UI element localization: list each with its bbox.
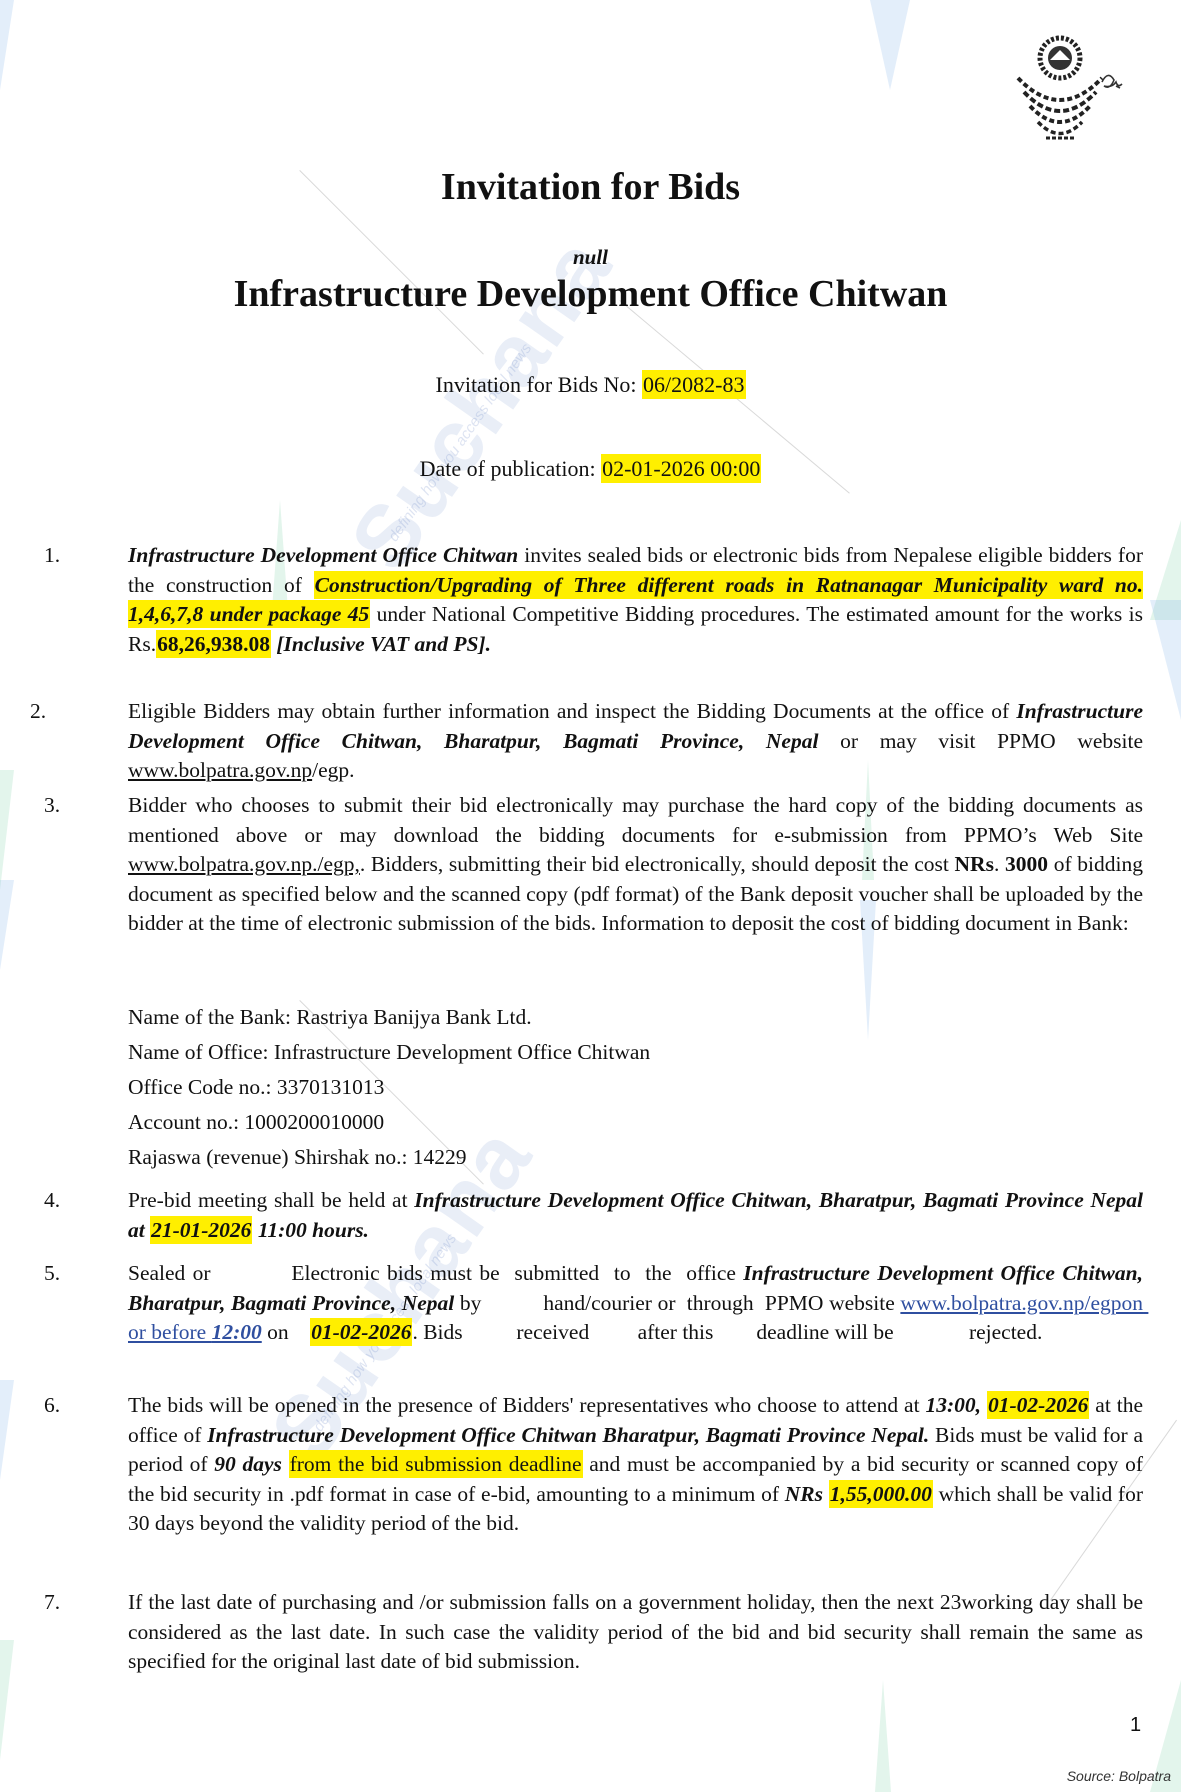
bank-name: Name of the Bank: Rastriya Banijya Bank … — [128, 1005, 532, 1030]
watermark-shard — [875, 1680, 891, 1792]
bank-office-code: Office Code no.: 3370131013 — [128, 1075, 384, 1100]
clause-number: 7. — [44, 1588, 60, 1618]
office-address: Infrastructure Development Office Chitwa… — [207, 1423, 929, 1447]
clause-body: Eligible Bidders may obtain further info… — [128, 697, 1143, 786]
validity-reference: from the bid submission deadline — [289, 1450, 583, 1478]
clause-text: or may visit PPMO website — [818, 729, 1143, 753]
clause-body: Bidder who chooses to submit their bid e… — [128, 791, 1143, 939]
document-title: Invitation for Bids — [0, 165, 1181, 209]
clause-text: . Bids received after this deadline will… — [412, 1320, 1042, 1344]
bank-account-number: Account no.: 1000200010000 — [128, 1110, 384, 1135]
clause-text: . Bidders, submitting their bid electron… — [360, 852, 955, 876]
clause-number: 1. — [44, 541, 60, 571]
watermark-shard — [0, 770, 14, 890]
source-credit: Source: Bolpatra — [1067, 1768, 1171, 1784]
clause-text: Pre-bid meeting shall be held at — [128, 1188, 414, 1212]
clause-number: 2. — [30, 697, 46, 727]
watermark-tagline: defining how you access local news — [385, 340, 535, 544]
clause-body: Infrastructure Development Office Chitwa… — [128, 541, 1143, 659]
clause-body: Sealed or Electronic bids must be submit… — [128, 1259, 1143, 1348]
prebid-date: 21-01-2026 — [150, 1216, 252, 1244]
clause-body: The bids will be opened in the presence … — [128, 1391, 1143, 1539]
watermark-shard — [870, 0, 910, 90]
submission-time[interactable]: 12:00 — [212, 1320, 262, 1344]
currency-label: NRs — [785, 1482, 823, 1506]
bank-revenue-head: Rajaswa (revenue) Shirshak no.: 14229 — [128, 1145, 467, 1170]
clause-number: 3. — [44, 791, 60, 821]
clause-text — [823, 1482, 829, 1506]
watermark-shard — [0, 1380, 14, 1480]
ifb-number: 06/2082-83 — [642, 370, 745, 399]
vat-note: [Inclusive VAT and PS]. — [276, 632, 491, 656]
publication-date-line: Date of publication: 02-01-2026 00:00 — [0, 456, 1181, 482]
currency-label: NRs — [955, 852, 994, 876]
bid-security-amount: 1,55,000.00 — [829, 1480, 933, 1508]
opening-date: 01-02-2026 — [987, 1391, 1089, 1419]
office-name: Infrastructure Development Office Chitwa… — [128, 543, 518, 567]
clause-text: If the last date of purchasing and /or s… — [128, 1590, 1143, 1673]
clause-text: The bids will be opened in the presence … — [128, 1393, 926, 1417]
page-number: 1 — [1130, 1714, 1141, 1737]
watermark-shard — [0, 880, 14, 970]
clause-number: 5. — [44, 1259, 60, 1289]
clause-number: 4. — [44, 1186, 60, 1216]
office-name-heading: Infrastructure Development Office Chitwa… — [0, 272, 1181, 316]
publication-date-label: Date of publication: — [420, 456, 601, 481]
clause-text: by hand/courier or through PPMO website — [454, 1291, 900, 1315]
clause-text: Eligible Bidders may obtain further info… — [128, 699, 1016, 723]
ifb-number-line: Invitation for Bids No: 06/2082-83 — [0, 372, 1181, 398]
seal-emblem-icon — [990, 30, 1140, 160]
submission-date: 01-02-2026 — [310, 1318, 412, 1346]
clause-text: on — [262, 1320, 310, 1344]
clause-body: If the last date of purchasing and /or s… — [128, 1588, 1143, 1677]
bank-office-name: Name of Office: Infrastructure Developme… — [128, 1040, 650, 1065]
bolpatra-egp-link[interactable]: www.bolpatra.gov.np./egp, — [128, 852, 360, 876]
watermark-shard — [0, 1640, 14, 1760]
clause-body: Pre-bid meeting shall be held at Infrast… — [128, 1186, 1143, 1245]
estimated-amount: 68,26,938.08 — [156, 630, 271, 658]
bolpatra-link[interactable]: www.bolpatra.gov.np — [128, 758, 312, 782]
clause-text: Bidder who chooses to submit their bid e… — [128, 793, 1143, 847]
clause-text — [282, 1452, 289, 1476]
watermark-shard — [0, 0, 14, 90]
watermark-shard — [1150, 520, 1181, 620]
watermark-shard — [1150, 600, 1181, 720]
ifb-number-label: Invitation for Bids No: — [436, 372, 643, 397]
clause-text: /egp. — [312, 758, 354, 782]
office-seal — [990, 30, 1140, 160]
prebid-time: 11:00 hours. — [252, 1218, 369, 1242]
publication-date: 02-01-2026 00:00 — [601, 454, 761, 483]
validity-days: 90 days — [214, 1452, 282, 1476]
document-cost: 3000 — [1005, 852, 1048, 876]
document-subtitle: null — [0, 245, 1181, 270]
clause-number: 6. — [44, 1391, 60, 1421]
clause-text: Sealed or Electronic bids must be submit… — [128, 1261, 743, 1285]
opening-time: 13:00, — [926, 1393, 982, 1417]
clause-text: . — [994, 852, 1005, 876]
